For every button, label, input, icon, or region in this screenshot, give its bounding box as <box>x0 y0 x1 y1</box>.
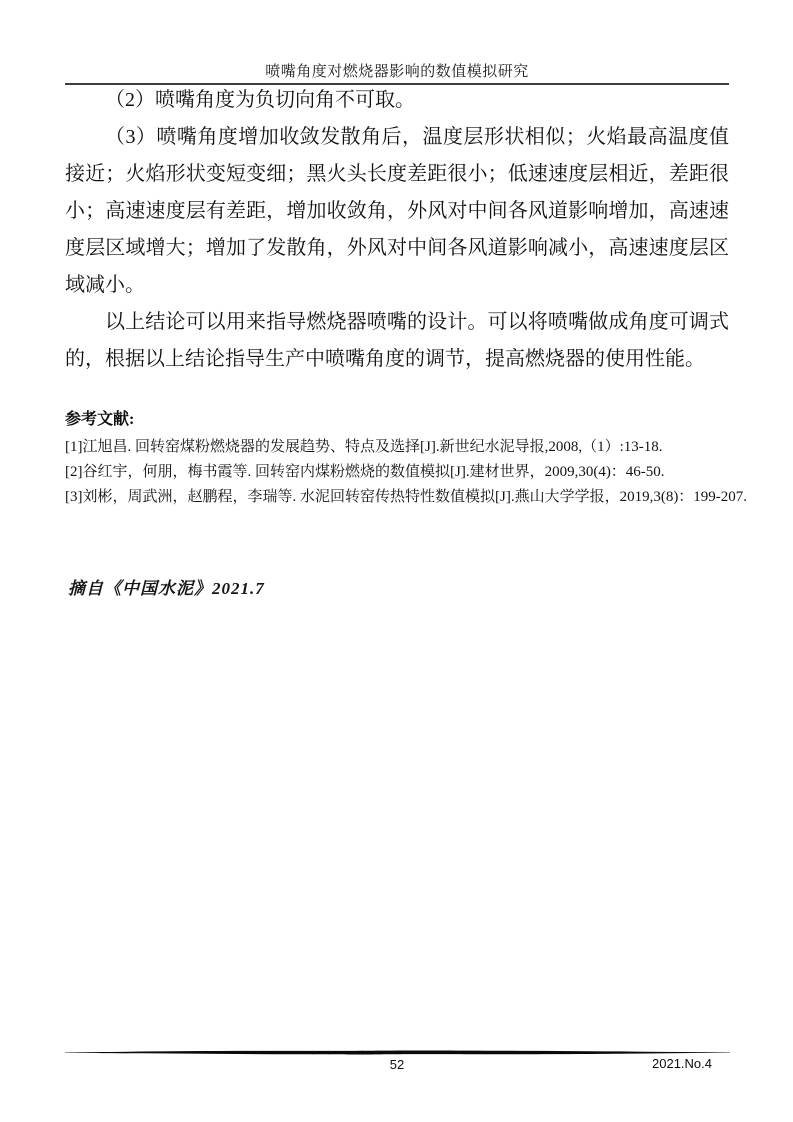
paragraph-application: 以上结论可以用来指导燃烧器喷嘴的设计。可以将喷嘴做成角度可调式的，根据以上结论指… <box>65 304 729 378</box>
running-head-title: 喷嘴角度对燃烧器影响的数值模拟研究 <box>65 60 729 81</box>
paragraph-conclusion-3: （3）喷嘴角度增加收敛发散角后，温度层形状相似；火焰最高温度值接近；火焰形状变短… <box>65 119 729 304</box>
footer-rule <box>65 1049 730 1056</box>
reference-item-2: [2]谷红宇，何朋，梅书霞等. 回转窑内煤粉燃烧的数值模拟[J].建材世界，20… <box>65 460 741 485</box>
body-text-block: （2）喷嘴角度为负切向角不可取。 （3）喷嘴角度增加收敛发散角后，温度层形状相似… <box>65 82 729 378</box>
reference-item-3: [3]刘彬，周武洲，赵鹏程，李瑞等. 水泥回转窑传热特性数值模拟[J].燕山大学… <box>65 485 741 510</box>
source-note: 摘自《中国水泥》2021.7 <box>68 574 265 599</box>
reference-item-1: [1]江旭昌. 回转窑煤粉燃烧器的发展趋势、特点及选择[J].新世纪水泥导报,2… <box>65 435 741 460</box>
document-page: 喷嘴角度对燃烧器影响的数值模拟研究 （2）喷嘴角度为负切向角不可取。 （3）喷嘴… <box>0 0 793 1122</box>
paragraph-conclusion-2: （2）喷嘴角度为负切向角不可取。 <box>65 82 729 119</box>
footer-issue-label: 2021.No.4 <box>652 1056 712 1071</box>
footer-page-number: 52 <box>65 1057 729 1072</box>
references-section: 参考文献: [1]江旭昌. 回转窑煤粉燃烧器的发展趋势、特点及选择[J].新世纪… <box>65 406 741 510</box>
references-heading: 参考文献: <box>65 406 741 429</box>
